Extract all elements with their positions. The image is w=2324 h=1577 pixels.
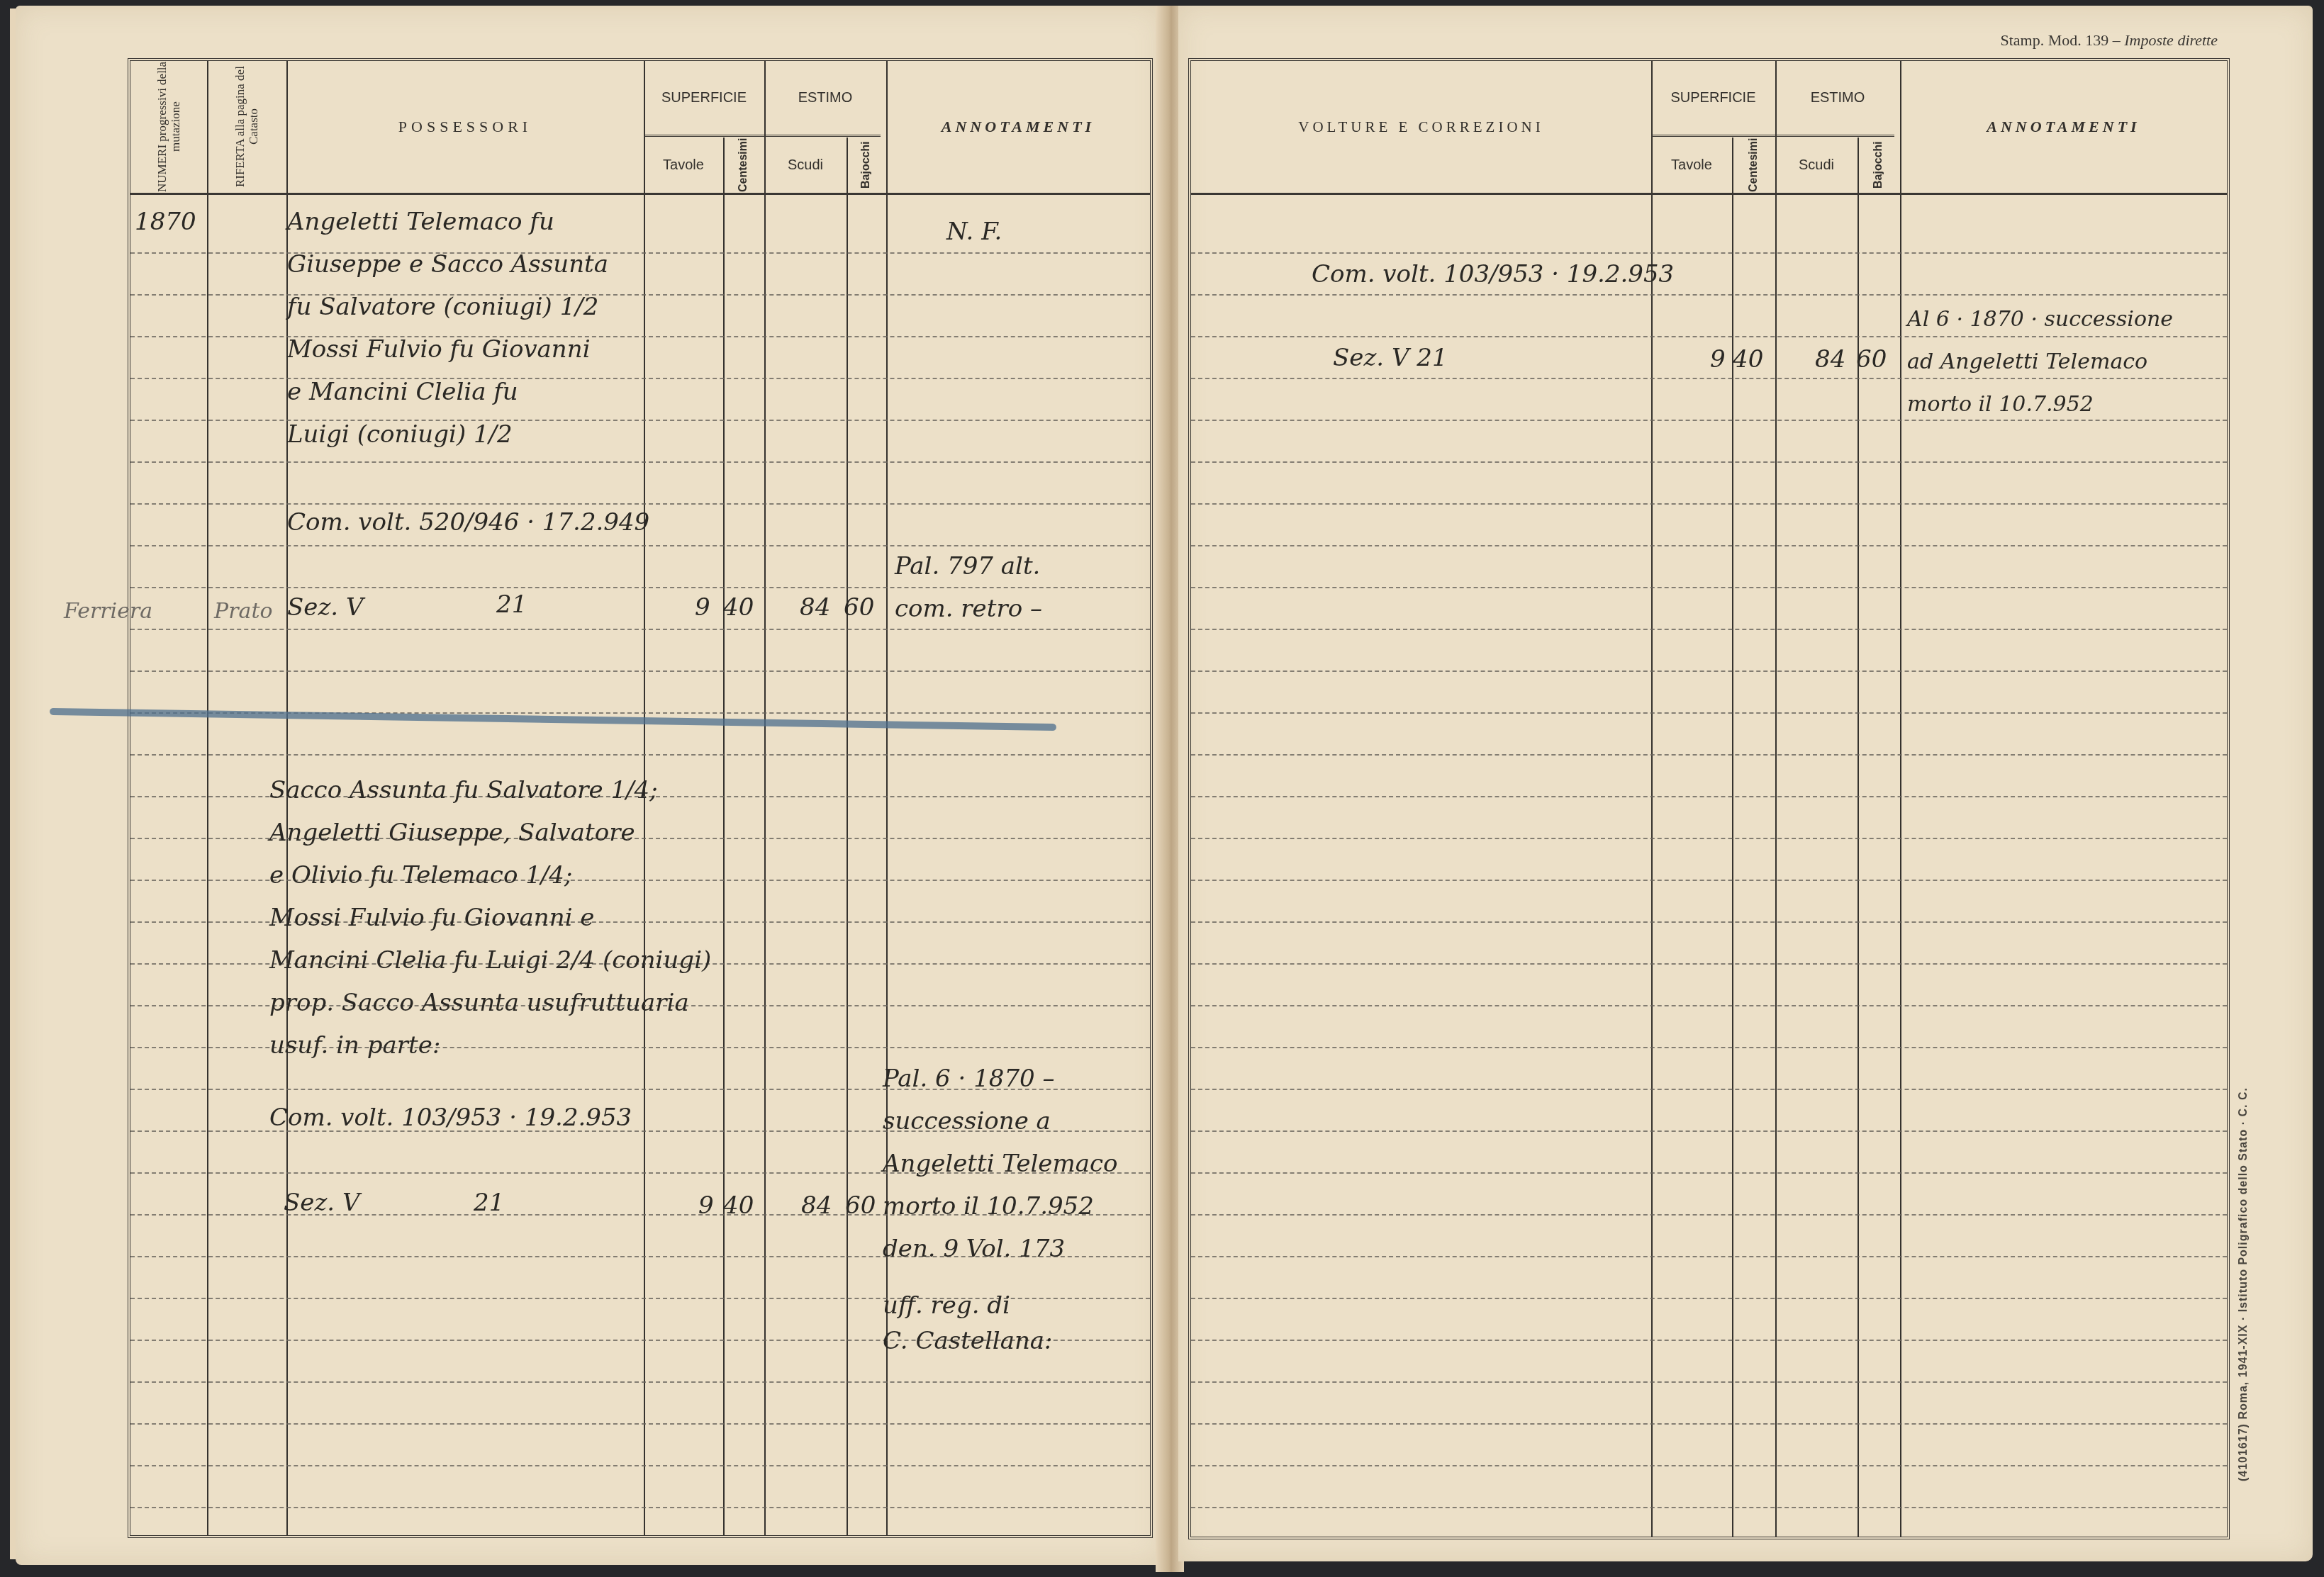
form-code-separator: – bbox=[2113, 31, 2121, 49]
col-divider bbox=[847, 138, 848, 1535]
annotation-line: Angeletti Telemaco bbox=[883, 1152, 1118, 1176]
margin-note: Ferriera bbox=[64, 601, 152, 622]
voltura-line: Com. volt. 103/953 · 19.2.953 bbox=[1312, 262, 1674, 286]
annotation-line: ad Angeletti Telemaco bbox=[1907, 352, 2147, 373]
possessori-line: Mossi Fulvio fu Giovanni e bbox=[269, 906, 594, 930]
header-scudi: Scudi bbox=[1775, 138, 1857, 193]
annotation-line: C. Castellana: bbox=[883, 1329, 1053, 1353]
header-estimo: ESTIMO bbox=[764, 61, 886, 135]
header-annotamenti: ANNOTAMENTI bbox=[886, 61, 1150, 193]
subheader-rule bbox=[644, 135, 881, 137]
header-estimo: ESTIMO bbox=[1775, 61, 1900, 135]
riferta-value: Prato bbox=[214, 601, 273, 622]
annotation-line: Pal. 6 · 1870 – bbox=[883, 1067, 1055, 1091]
annotation-line: successione a bbox=[883, 1109, 1051, 1133]
possessori-line: Com. volt. 520/946 · 17.2.949 bbox=[287, 510, 649, 534]
possessori-line: prop. Sacco Assunta usufruttuaria bbox=[269, 991, 689, 1015]
header-centesimi: Centesimi bbox=[1732, 138, 1775, 193]
possessori-line: Mancini Clelia fu Luigi 2/4 (coniugi) bbox=[269, 948, 711, 972]
entry-number: 1870 bbox=[135, 210, 196, 234]
possessori-line: e Mancini Clelia fu bbox=[287, 380, 518, 404]
header-bajocchi: Bajocchi bbox=[1857, 138, 1900, 193]
header-annotamenti: ANNOTAMENTI bbox=[1900, 61, 2227, 193]
header-superficie: SUPERFICIE bbox=[1651, 61, 1775, 135]
header-numeri: NUMERI progressivi della mutazione bbox=[130, 61, 207, 193]
col-divider bbox=[207, 61, 208, 1535]
header-riferta: RIFERTA alla pagina del Catasto bbox=[207, 61, 286, 193]
centesimi-value: 40 bbox=[1733, 347, 1763, 371]
possessori-line: Angeletti Giuseppe, Salvatore bbox=[269, 821, 635, 845]
annotation-line: uff. reg. di bbox=[883, 1293, 1010, 1318]
tavole-value: 9 bbox=[1710, 347, 1726, 371]
voltura-line: Sez. V 21 bbox=[1333, 346, 1448, 370]
annotation-line: den. 9 Vol. 173 bbox=[883, 1237, 1065, 1261]
subheader-rule bbox=[1651, 135, 1894, 137]
header-rule bbox=[130, 193, 1150, 195]
col-divider bbox=[1900, 61, 1901, 1537]
tavole-value: 9 bbox=[698, 1194, 714, 1218]
centesimi-value: 40 bbox=[723, 1194, 754, 1218]
possessori-line: Com. volt. 103/953 · 19.2.953 bbox=[269, 1106, 632, 1130]
possessori-line: Angeletti Telemaco fu bbox=[287, 210, 554, 234]
col-divider bbox=[1775, 61, 1777, 1537]
tavole-value: 9 bbox=[695, 595, 710, 619]
possessori-line: e Olivio fu Telemaco 1/4; bbox=[269, 863, 572, 887]
header-tavole: Tavole bbox=[644, 138, 723, 193]
annotation-line: Al 6 · 1870 · successione bbox=[1907, 309, 2173, 330]
scudi-value: 84 bbox=[800, 595, 830, 619]
header-superficie: SUPERFICIE bbox=[644, 61, 764, 135]
annotation-line: N. F. bbox=[946, 220, 1002, 244]
header-rule bbox=[1191, 193, 2227, 195]
particella-value: 21 bbox=[496, 593, 527, 617]
bajocchi-value: 60 bbox=[845, 1194, 876, 1218]
possessori-line: Giuseppe e Sacco Assunta bbox=[287, 252, 608, 276]
possessori-line: usuf. in parte: bbox=[269, 1033, 440, 1057]
annotation-line: morto il 10.7.952 bbox=[1907, 394, 2094, 415]
printer-imprint: (4101617) Roma, 1941-XIX · Istituto Poli… bbox=[2238, 1021, 2255, 1481]
form-code: Stamp. Mod. 139 – Imposte dirette bbox=[2000, 31, 2218, 50]
possessori-line: fu Salvatore (coniugi) 1/2 bbox=[287, 295, 598, 319]
header-bajocchi: Bajocchi bbox=[847, 138, 886, 193]
possessori-line: Sacco Assunta fu Salvatore 1/4; bbox=[269, 778, 658, 802]
header-tavole: Tavole bbox=[1651, 138, 1732, 193]
col-divider bbox=[723, 138, 725, 1535]
bajocchi-value: 60 bbox=[1856, 347, 1887, 371]
header-possessori: POSSESSORI bbox=[286, 61, 644, 193]
possessori-line: Luigi (coniugi) 1/2 bbox=[287, 422, 513, 447]
col-divider bbox=[764, 61, 766, 1535]
annotation-line: com. retro – bbox=[895, 597, 1042, 621]
particella-value: 21 bbox=[474, 1191, 504, 1215]
scudi-value: 84 bbox=[801, 1194, 832, 1218]
header-centesimi: Centesimi bbox=[723, 138, 764, 193]
possessori-line: Mossi Fulvio fu Giovanni bbox=[287, 337, 591, 361]
bajocchi-value: 60 bbox=[844, 595, 874, 619]
header-scudi: Scudi bbox=[764, 138, 847, 193]
annotation-line: Pal. 797 alt. bbox=[895, 554, 1040, 578]
sezione-value: Sez. V bbox=[284, 1191, 360, 1215]
annotation-line: morto il 10.7.952 bbox=[883, 1194, 1094, 1218]
form-code-label: Stamp. Mod. 139 bbox=[2000, 31, 2108, 49]
form-tax-type: Imposte dirette bbox=[2124, 31, 2218, 49]
centesimi-value: 40 bbox=[723, 595, 754, 619]
scudi-value: 84 bbox=[1815, 347, 1845, 371]
header-volture: VOLTURE E CORREZIONI bbox=[1191, 61, 1651, 193]
sezione-value: Sez. V bbox=[287, 595, 364, 619]
